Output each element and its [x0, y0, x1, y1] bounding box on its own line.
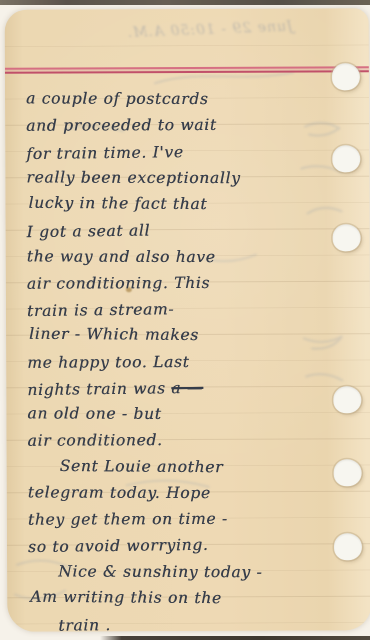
handwritten-text: so to avoid worrying.	[28, 536, 209, 556]
handwritten-line: telegram today. Hope	[28, 479, 358, 506]
punch-hole	[334, 459, 362, 486]
handwritten-line: liner - Which makes	[29, 321, 359, 350]
handwritten-line: Nice & sunshiny today -	[28, 558, 358, 585]
handwritten-text: Nice & sunshiny today -	[58, 562, 262, 581]
handwritten-line: air conditioned.	[27, 427, 357, 455]
handwritten-text: the way and also have	[27, 247, 216, 266]
handwritten-text: Am writing this on the	[30, 587, 222, 607]
handwritten-line: a couple of postcards	[26, 85, 356, 112]
handwritten-text: an old one - but	[27, 404, 161, 422]
handwritten-text-block: a couple of postcardsand proceeded to wa…	[26, 85, 358, 632]
punch-hole	[333, 224, 361, 251]
handwritten-text: train .	[58, 616, 111, 632]
handwritten-text: air conditioning. This	[27, 274, 210, 293]
handwritten-text: nights train was	[27, 379, 171, 399]
handwritten-line: Am writing this on the	[30, 583, 360, 612]
handwritten-text: liner - Which makes	[29, 325, 199, 344]
handwritten-line: so to avoid worrying.	[28, 530, 358, 561]
handwritten-text: for train time. I've	[26, 143, 184, 163]
handwritten-text: and proceeded to wait	[26, 116, 217, 135]
handwritten-text: a couple of postcards	[26, 89, 209, 108]
handwritten-text: I got a seat all	[27, 222, 151, 242]
scanned-page: June 29 - 10:50 A.M. a couple of postcar…	[0, 0, 370, 640]
handwritten-text: Sent Louie another	[60, 456, 224, 475]
ghost-date-bleed-through: June 29 - 10:50 A.M.	[63, 19, 293, 44]
punch-hole	[334, 533, 362, 560]
handwritten-text: lucky in the fact that	[28, 194, 207, 213]
handwritten-line: train is a stream-	[27, 294, 357, 325]
handwritten-text: me happy too. Last	[27, 352, 189, 371]
handwritten-line: for train time. I've	[26, 136, 356, 167]
handwritten-text: they get them on time -	[28, 510, 228, 529]
handwritten-line: I got a seat all	[26, 215, 356, 246]
handwritten-text: air conditioned.	[27, 431, 162, 450]
handwritten-line: nights train was a —	[27, 373, 357, 404]
handwritten-line: train .	[28, 609, 358, 632]
journal-paper: June 29 - 10:50 A.M. a couple of postcar…	[5, 8, 370, 632]
handwritten-line: really been exceptionally	[26, 164, 356, 191]
handwritten-text: really been exceptionally	[26, 168, 240, 187]
handwritten-line: air conditioning. This	[27, 269, 357, 297]
handwritten-line: the way and also have	[27, 243, 357, 270]
struck-out-text: a —	[171, 379, 203, 397]
handwritten-line: me happy too. Last	[27, 348, 357, 376]
handwritten-text: telegram today. Hope	[28, 483, 211, 502]
handwritten-line: lucky in the fact that	[28, 190, 358, 219]
scanner-edge-bottom	[100, 636, 370, 640]
red-rule-lower-line	[5, 70, 369, 74]
handwritten-line: they get them on time -	[28, 505, 358, 533]
punch-hole	[333, 386, 361, 413]
red-margin-rule	[5, 66, 369, 75]
handwritten-line: an old one - but	[27, 400, 357, 427]
handwritten-line: and proceeded to wait	[26, 112, 356, 140]
scanner-edge-top	[0, 0, 370, 5]
punch-hole	[332, 145, 360, 172]
punch-hole	[332, 63, 360, 90]
handwritten-text: train is a stream-	[27, 300, 175, 320]
handwritten-line: Sent Louie another	[30, 452, 360, 481]
